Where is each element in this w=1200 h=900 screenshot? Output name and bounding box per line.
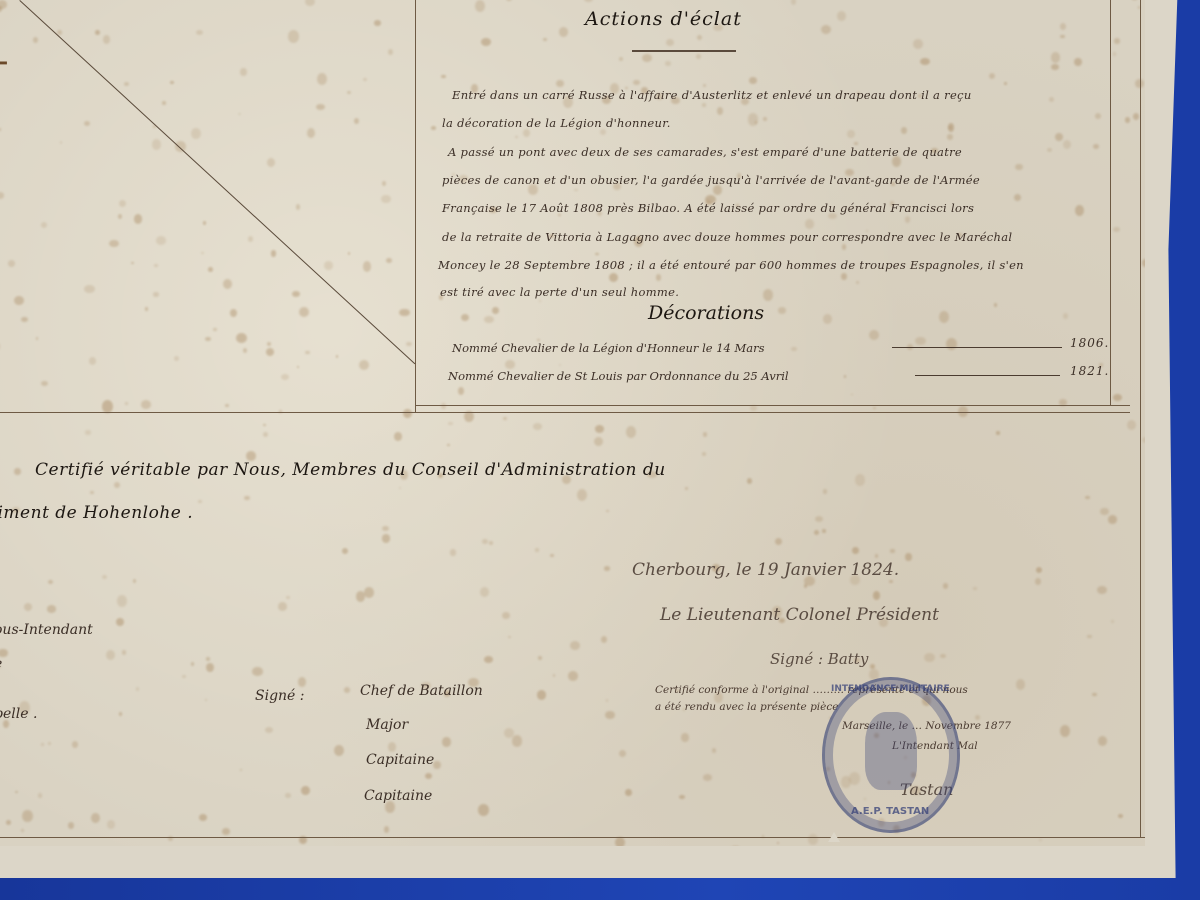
foxing-spot	[223, 279, 232, 289]
foxing-spot	[656, 274, 661, 280]
foxing-spot	[475, 0, 485, 12]
foxing-spot	[605, 711, 615, 720]
foxing-spot	[1047, 148, 1052, 152]
foxing-spot	[363, 261, 371, 271]
foxing-spot	[267, 158, 275, 167]
foxing-spot	[48, 580, 53, 584]
left-fragment: …e	[0, 656, 2, 672]
foxing-spot	[577, 489, 587, 501]
foxing-spot	[134, 214, 143, 224]
foxing-spot	[504, 728, 514, 738]
foxing-spot	[89, 357, 97, 365]
foxing-spot	[199, 814, 207, 820]
foxing-spot	[749, 77, 756, 84]
foxing-spot	[481, 38, 491, 46]
foxing-spot	[503, 417, 507, 421]
foxing-spot	[206, 657, 210, 661]
foxing-spot	[1098, 736, 1107, 746]
foxing-spot	[633, 80, 639, 85]
foxing-spot	[502, 612, 510, 619]
foxing-spot	[359, 360, 370, 371]
foxing-spot	[382, 181, 387, 186]
foxing-spot	[156, 236, 166, 245]
foxing-spot	[869, 330, 879, 341]
foxing-spot	[208, 267, 213, 272]
foxing-spot	[821, 25, 831, 34]
signatory-rank: Chef de Bataillon	[360, 683, 483, 699]
left-fragment: …ous-Intendant	[0, 622, 93, 638]
foxing-spot	[265, 727, 273, 733]
signed-label: Signé :	[255, 688, 305, 704]
foxing-spot	[285, 793, 290, 797]
foxing-spot	[347, 91, 351, 94]
foxing-spot	[263, 424, 266, 427]
foxing-spot	[433, 761, 440, 769]
foxing-spot	[363, 78, 366, 81]
foxing-spot	[170, 81, 173, 84]
foxing-spot	[248, 236, 253, 242]
foxing-spot	[399, 309, 409, 316]
foxing-spot	[230, 309, 237, 317]
foxing-spot	[1111, 620, 1114, 622]
foxing-spot	[1142, 437, 1145, 443]
foxing-spot	[890, 549, 895, 552]
foxing-spot	[1133, 113, 1139, 120]
foxing-spot	[174, 356, 180, 361]
foxing-spot	[484, 656, 493, 663]
foxing-spot	[36, 337, 39, 340]
foxing-spot	[615, 837, 625, 846]
foxing-spot	[1075, 205, 1084, 216]
foxing-spot	[924, 653, 934, 662]
foxing-spot	[317, 73, 327, 85]
frame-rule-vertical-left	[415, 0, 416, 413]
ink-mark: ⌐	[0, 50, 10, 80]
foxing-spot	[1100, 508, 1108, 516]
foxing-spot	[131, 262, 133, 264]
foxing-spot	[0, 6, 2, 12]
foxing-spot	[374, 20, 381, 26]
foxing-spot	[14, 468, 20, 475]
foxing-spot	[24, 603, 32, 610]
foxing-spot	[822, 529, 826, 533]
foxing-spot	[505, 360, 515, 368]
foxing-spot	[703, 84, 707, 87]
foxing-spot	[847, 130, 855, 139]
foxing-spot	[388, 742, 396, 751]
foxing-spot	[712, 748, 716, 753]
foxing-spot	[763, 289, 773, 300]
foxing-spot	[307, 128, 315, 138]
foxing-spot	[106, 650, 115, 660]
foxing-spot	[133, 579, 136, 583]
foxing-spot	[948, 123, 955, 131]
foxing-spot	[748, 113, 759, 125]
frame-rule-horizontal	[0, 412, 1130, 413]
foxing-spot	[856, 281, 859, 283]
foxing-spot	[873, 591, 880, 600]
foxing-spot	[948, 126, 952, 129]
foxing-spot	[550, 554, 553, 557]
foxing-spot	[600, 129, 606, 135]
foxing-spot	[95, 30, 99, 35]
stamp-seated-figure-icon	[865, 712, 917, 790]
foxing-spot	[191, 662, 194, 666]
foxing-spot	[1004, 82, 1007, 86]
foxing-spot	[91, 813, 99, 823]
foxing-spot	[478, 804, 489, 815]
foxing-spot	[508, 636, 511, 638]
conformity-note-line: a été rendu avec la présente pièce	[655, 701, 838, 713]
signatory-rank: Capitaine	[364, 788, 432, 804]
title-underline	[632, 50, 736, 52]
foxing-spot	[205, 337, 211, 341]
foxing-spot	[182, 675, 185, 678]
foxing-spot	[118, 214, 122, 219]
foxing-spot	[33, 37, 38, 43]
foxing-spot	[791, 0, 796, 5]
foxing-spot	[1095, 113, 1102, 119]
foxing-spot	[15, 791, 17, 793]
foxing-spot	[538, 656, 542, 659]
foxing-spot	[85, 430, 90, 435]
foxing-spot	[750, 405, 757, 411]
foxing-spot	[814, 530, 819, 535]
foxing-spot	[844, 375, 847, 378]
foxing-spot	[512, 735, 523, 746]
foxing-spot	[973, 587, 977, 590]
foxing-spot	[841, 273, 847, 281]
foxing-spot	[196, 30, 203, 36]
foxing-spot	[206, 663, 214, 672]
foxing-spot	[342, 548, 348, 554]
foxing-spot	[205, 699, 207, 701]
foxing-spot	[1087, 635, 1092, 639]
foxing-spot	[263, 432, 268, 437]
foxing-spot	[543, 38, 547, 41]
foxing-spot	[240, 769, 242, 771]
foxing-spot	[1092, 693, 1097, 697]
foxing-spot	[703, 432, 707, 437]
foxing-spot	[316, 104, 325, 110]
foxing-spot	[823, 314, 832, 324]
certification-line-1: Certifié véritable par Nous, Membres du …	[35, 460, 666, 480]
foxing-spot	[484, 316, 494, 323]
foxing-spot	[947, 134, 953, 139]
frame-rule-horizontal-inner	[415, 405, 1130, 406]
foxing-spot	[461, 314, 469, 321]
foxing-spot	[1097, 586, 1107, 594]
foxing-spot	[791, 347, 796, 352]
foxing-spot	[388, 49, 393, 55]
foxing-spot	[458, 387, 464, 395]
foxing-spot	[244, 496, 249, 500]
foxing-spot	[145, 307, 148, 310]
foxing-spot	[480, 587, 489, 598]
foxing-spot	[747, 478, 752, 484]
foxing-spot	[425, 773, 432, 779]
foxing-spot	[119, 200, 126, 207]
foxing-spot	[842, 244, 846, 249]
signatory-rank: Capitaine	[366, 752, 434, 768]
stamp-bottom-text: A.E.P. TASTAN	[851, 806, 929, 817]
foxing-spot	[152, 139, 161, 150]
foxing-spot	[406, 342, 412, 347]
foxing-spot	[236, 333, 247, 344]
actions-line: pièces de canon et d'un obusier, l'a gar…	[442, 173, 980, 187]
president-signed: Signé : Batty	[770, 650, 868, 668]
foxing-spot	[296, 204, 300, 209]
foxing-spot	[702, 103, 706, 106]
foxing-spot	[271, 250, 276, 257]
foxing-spot	[594, 437, 603, 446]
foxing-spot	[450, 549, 455, 555]
foxing-spot	[837, 11, 846, 21]
foxing-spot	[1063, 140, 1071, 149]
foxing-spot	[324, 261, 333, 270]
foxing-spot	[1051, 52, 1060, 63]
foxing-spot	[1014, 194, 1021, 201]
foxing-spot	[523, 129, 530, 137]
foxing-spot	[238, 113, 241, 116]
foxing-spot	[606, 510, 608, 512]
foxing-spot	[38, 793, 42, 798]
foxing-spot	[920, 58, 930, 65]
foxing-spot	[1127, 420, 1136, 430]
foxing-spot	[570, 641, 580, 650]
foxing-spot	[281, 374, 289, 381]
foxing-spot	[442, 737, 450, 747]
actions-line: Française le 17 Août 1808 près Bilbao. A…	[442, 201, 974, 215]
foxing-spot	[702, 452, 707, 457]
foxing-spot	[213, 328, 216, 331]
foxing-spot	[1016, 679, 1026, 690]
decoration-year: 1806.	[1070, 336, 1109, 350]
foxing-spot	[109, 240, 118, 247]
foxing-spot	[583, 0, 593, 2]
frame-rule-vertical-right	[1110, 0, 1111, 406]
foxing-spot	[515, 136, 518, 138]
foxing-spot	[601, 636, 608, 643]
foxing-spot	[1074, 58, 1082, 66]
foxing-spot	[243, 348, 247, 353]
foxing-spot	[305, 351, 310, 354]
foxing-spot	[805, 219, 814, 229]
foxing-spot	[201, 252, 204, 254]
foxing-spot	[1142, 259, 1145, 267]
foxing-spot	[382, 534, 391, 542]
foxing-spot	[90, 491, 93, 494]
foxing-spot	[901, 127, 906, 133]
foxing-spot	[431, 126, 437, 130]
foxing-spot	[348, 252, 350, 254]
foxing-spot	[288, 30, 299, 43]
foxing-spot	[441, 75, 446, 78]
foxing-spot	[8, 260, 15, 266]
foxing-spot	[117, 595, 127, 606]
foxing-spot	[870, 664, 875, 669]
foxing-spot	[559, 27, 569, 37]
foxing-spot	[913, 39, 923, 49]
foxing-spot	[399, 487, 401, 489]
foxing-spot	[851, 394, 853, 396]
foxing-spot	[889, 580, 893, 583]
foxing-spot	[1125, 117, 1129, 123]
foxing-spot	[1051, 64, 1059, 71]
foxing-spot	[619, 750, 626, 757]
foxing-spot	[1093, 144, 1099, 150]
foxing-spot	[21, 317, 28, 322]
foxing-spot	[354, 118, 359, 124]
actions-line: Entré dans un carré Russe à l'affaire d'…	[452, 88, 972, 102]
foxing-spot	[775, 538, 782, 545]
left-fragment: …pelle .	[0, 706, 37, 722]
foxing-spot	[681, 733, 688, 742]
foxing-spot	[1060, 23, 1066, 30]
foxing-spot	[14, 296, 24, 306]
foxing-spot	[72, 741, 79, 748]
foxing-spot	[1049, 97, 1054, 102]
foxing-spot	[1114, 38, 1121, 44]
foxing-spot	[703, 774, 712, 781]
foxing-spot	[539, 300, 541, 302]
foxing-spot	[136, 687, 139, 691]
actions-title: Actions d'éclat	[585, 8, 742, 30]
president-title: Le Lieutenant Colonel Président	[660, 605, 939, 625]
foxing-spot	[381, 195, 391, 203]
foxing-spot	[679, 795, 685, 800]
foxing-spot	[996, 431, 1001, 435]
foxing-spot	[808, 834, 818, 845]
frame-rule-right-outer	[1140, 0, 1141, 838]
foxing-spot	[873, 407, 875, 409]
foxing-spot	[447, 444, 449, 446]
foxing-spot	[298, 677, 306, 687]
decoration-row: Nommé Chevalier de la Légion d'Honneur l…	[452, 341, 765, 355]
foxing-spot	[114, 482, 120, 488]
foxing-spot	[386, 258, 392, 263]
foxing-spot	[604, 566, 610, 571]
foxing-spot	[41, 743, 45, 746]
foxing-spot	[266, 348, 274, 356]
foxing-spot	[382, 526, 389, 532]
foxing-spot	[267, 342, 271, 345]
foxing-spot	[568, 671, 578, 680]
foxing-spot	[1055, 133, 1062, 141]
foxing-spot	[403, 409, 412, 419]
foxing-spot	[939, 311, 949, 323]
foxing-spot	[804, 584, 807, 588]
foxing-spot	[553, 674, 556, 677]
foxing-spot	[626, 426, 636, 438]
foxing-spot	[574, 189, 578, 192]
leader-line	[892, 347, 1062, 348]
foxing-spot	[297, 366, 299, 369]
foxing-spot	[595, 253, 599, 256]
foxing-spot	[84, 285, 94, 293]
place-date: Cherbourg, le 19 Janvier 1824.	[632, 560, 899, 580]
foxing-spot	[492, 307, 499, 315]
decoration-row: Nommé Chevalier de St Louis par Ordonnan…	[448, 369, 789, 383]
foxing-spot	[240, 68, 247, 76]
foxing-spot	[1113, 227, 1120, 232]
paper-tear	[828, 832, 840, 842]
foxing-spot	[482, 539, 489, 544]
foxing-spot	[6, 820, 11, 825]
foxing-spot	[103, 35, 110, 44]
foxing-spot	[697, 35, 702, 40]
foxing-spot	[595, 425, 605, 433]
foxing-spot	[1060, 35, 1065, 39]
foxing-spot	[119, 712, 122, 716]
foxing-spot	[666, 39, 674, 46]
foxing-spot	[489, 541, 492, 545]
foxing-spot	[1035, 578, 1040, 585]
foxing-spot	[124, 82, 129, 86]
foxing-spot	[852, 547, 860, 555]
foxing-spot	[299, 307, 309, 317]
foxing-spot	[336, 355, 339, 358]
foxing-spot	[994, 303, 998, 307]
foxing-spot	[777, 842, 779, 844]
foxing-spot	[535, 548, 538, 551]
foxing-spot	[301, 786, 310, 795]
foxing-spot	[162, 101, 167, 105]
foxing-spot	[191, 128, 201, 139]
foxing-spot	[755, 121, 758, 124]
foxing-spot	[609, 273, 618, 282]
foxing-spot	[665, 61, 671, 66]
foxing-spot	[940, 654, 946, 658]
foxing-spot	[1063, 313, 1068, 319]
foxing-spot	[60, 141, 63, 143]
foxing-spot	[559, 364, 561, 366]
foxing-spot	[394, 432, 402, 440]
foxing-spot	[286, 596, 290, 599]
foxing-spot	[0, 0, 7, 9]
foxing-spot	[305, 0, 315, 6]
foxing-spot	[537, 690, 547, 700]
foxing-spot	[1039, 839, 1041, 841]
actions-line: est tiré avec la perte d'un seul homme.	[440, 285, 679, 299]
decoration-year: 1821.	[1070, 364, 1109, 378]
foxing-spot	[102, 575, 107, 579]
foxing-spot	[22, 810, 33, 823]
signatory-rank: Major	[366, 717, 408, 733]
foxing-spot	[717, 107, 724, 115]
foxing-spot	[107, 820, 115, 830]
foxing-spot	[1060, 725, 1071, 737]
foxing-spot	[344, 687, 350, 693]
foxing-spot	[198, 500, 202, 503]
foxing-spot	[48, 742, 51, 746]
foxing-spot	[122, 650, 126, 654]
foxing-spot	[875, 554, 879, 558]
foxing-spot	[642, 54, 652, 62]
foxing-spot	[41, 381, 48, 386]
leader-line	[915, 375, 1060, 376]
diagonal-cancel-line	[19, 0, 415, 364]
foxing-spot	[1085, 496, 1090, 500]
foxing-spot	[823, 489, 826, 493]
foxing-spot	[778, 307, 787, 314]
foxing-spot	[84, 121, 90, 126]
actions-line: Moncey le 28 Septembre 1808 ; il a été e…	[438, 258, 1024, 272]
foxing-spot	[815, 516, 824, 522]
foxing-spot	[855, 474, 865, 486]
intendance-militaire-stamp: INTENDANCE MILITAIRE A.E.P. TASTAN	[822, 677, 960, 833]
foxing-spot	[989, 73, 995, 79]
